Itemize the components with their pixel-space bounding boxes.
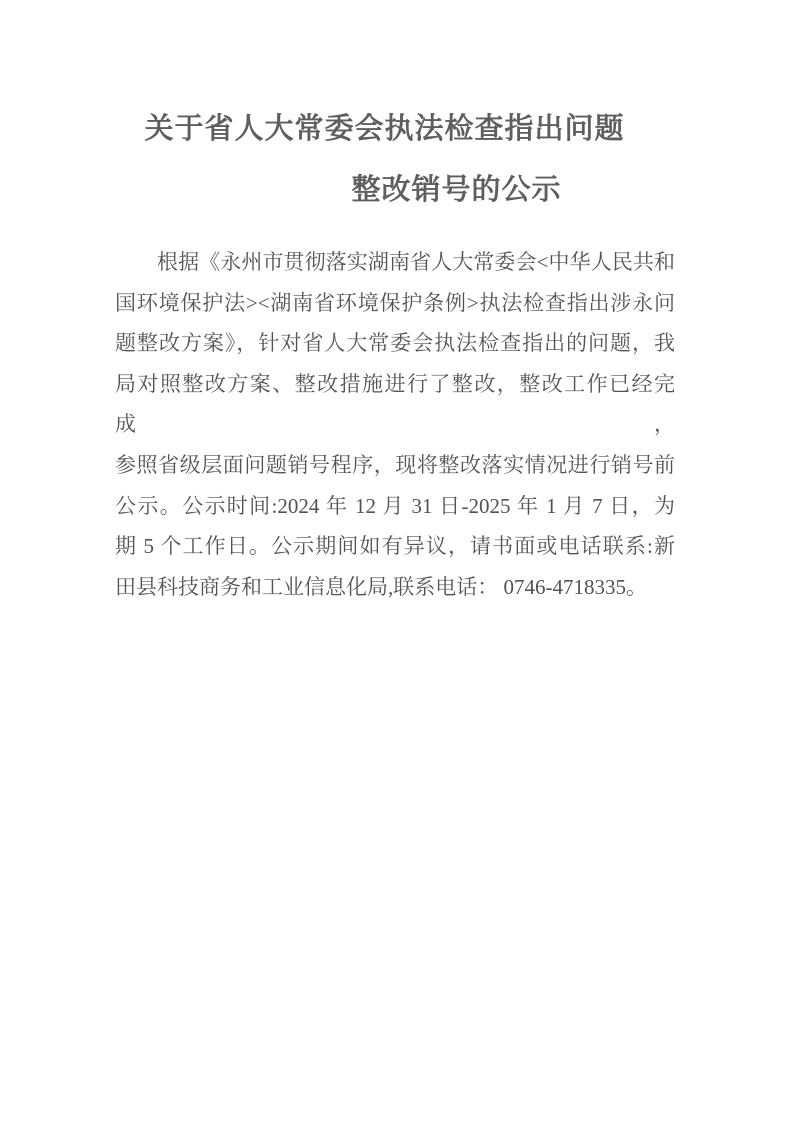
body-line: 局对照整改方案、整改措施进行了整改，整改工作已经完成， [115, 364, 675, 445]
body-line: 题整改方案》，针对省人大常委会执法检查指出的问题，我 [115, 323, 675, 364]
body-line: 国环境保护法><湖南省环境保护条例>执法检查指出涉永问 [115, 283, 675, 324]
body-line: 期 5 个工作日。公示期间如有异议，请书面或电话联系:新 [115, 526, 675, 567]
notice-document-page: 关于省人大常委会执法检查指出问题 整改销号的公示 根据《永州市贯彻落实湖南省人大… [0, 0, 793, 1122]
notice-title-line-2: 整改销号的公示 [0, 171, 793, 209]
body-line: 公示。公示时间:2024 年 12 月 31 日-2025 年 1 月 7 日，… [115, 486, 675, 527]
notice-title: 关于省人大常委会执法检查指出问题 整改销号的公示 [0, 110, 793, 209]
notice-title-line-1: 关于省人大常委会执法检查指出问题 [0, 110, 793, 148]
notice-body-paragraph: 根据《永州市贯彻落实湖南省人大常委会<中华人民共和 国环境保护法><湖南省环境保… [115, 242, 675, 607]
body-line: 根据《永州市贯彻落实湖南省人大常委会<中华人民共和 [115, 242, 675, 283]
body-line: 田县科技商务和工业信息化局,联系电话： 0746-4718335。 [115, 567, 675, 608]
body-line: 参照省级层面问题销号程序，现将整改落实情况进行销号前 [115, 445, 675, 486]
